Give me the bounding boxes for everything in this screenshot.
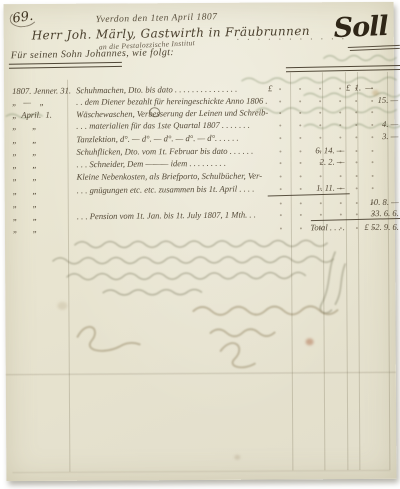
- amount-sub-column: 1. 11. —: [269, 181, 345, 194]
- foxing-spot: [306, 338, 314, 345]
- entry-date: „ „: [12, 146, 75, 158]
- ledger-row total-row: „ „ Total . . . . £ 52. 9. 6.: [5, 221, 395, 235]
- amount-sub-column: £: [268, 81, 344, 94]
- document-page: 69. Yverdon den 1ten April 1807 Herr Joh…: [4, 2, 397, 481]
- amount-sub-column: [268, 130, 344, 131]
- amount-sub-column: [269, 207, 345, 208]
- entry-date: „ „: [13, 210, 76, 223]
- amount-main-column: [346, 155, 398, 156]
- entry-date: „ — „: [12, 96, 75, 108]
- entry-date: „ „: [13, 171, 76, 183]
- ledger-row: „ „ . . . gnügungen etc. etc. zusammen b…: [5, 181, 395, 197]
- entry-description: . . . materialien für das 1ste Quartal 1…: [76, 119, 270, 132]
- foxing-spot: [372, 90, 379, 96]
- amount-main-column: 4. —: [346, 118, 398, 130]
- entry-description: . . . Schneider, Dem ——— idem . . . . . …: [76, 156, 270, 170]
- amount-sub-column: [268, 105, 344, 106]
- entry-description: [77, 222, 271, 223]
- ledger-table: 1807. Jenner. 31. Schuhmachen, Dto. bis …: [4, 2, 397, 481]
- entry-description: . . . Pension vom 1t. Jan. bis 1t. July …: [77, 208, 271, 222]
- entry-description: . . . gnügungen etc. etc. zusammen bis 1…: [77, 182, 271, 196]
- amount-main-column: [346, 105, 398, 106]
- entry-description: Kleine Nebenkosten, als Briefporto, Schu…: [77, 170, 271, 183]
- entry-date: „ „: [13, 223, 76, 235]
- foxing-spot: [57, 302, 67, 310]
- entry-date: „ „: [13, 184, 76, 197]
- entry-date: „ „: [12, 158, 75, 171]
- amount-main-column: 3. —: [346, 130, 398, 143]
- amount-main-column: [347, 181, 399, 182]
- entry-date: „ „: [13, 198, 76, 210]
- total-amount: £ 52. 9. 6.: [347, 221, 399, 233]
- foxing-spot: [234, 455, 240, 460]
- amount-sub-column: 2. 2. —: [268, 155, 344, 168]
- entry-description: Tanzlektion, d°. — d°. — d°. — d°. — d°.…: [76, 131, 270, 145]
- entry-date: „ „: [12, 133, 75, 146]
- entry-description: [77, 197, 271, 198]
- entry-date: „ „: [12, 120, 75, 132]
- total-label: Total . . . .: [269, 221, 345, 233]
